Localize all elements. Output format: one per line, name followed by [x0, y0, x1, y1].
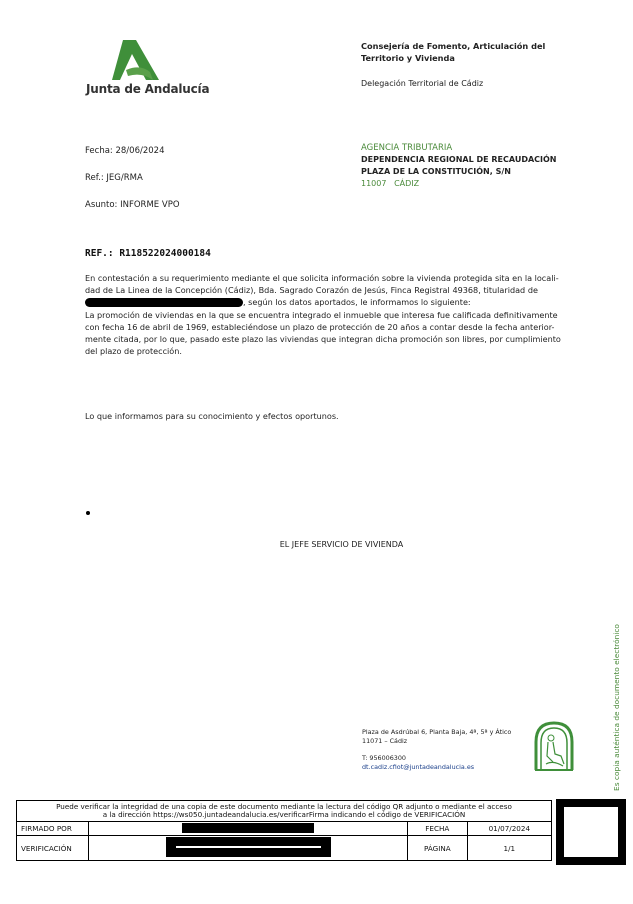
andalucia-seal-icon [533, 720, 575, 772]
recipient-line2: PLAZA DE LA CONSTITUCIÓN, S/N [361, 166, 557, 178]
department-name: Consejería de Fomento, Articulación del … [361, 40, 545, 64]
page-value: 1/1 [467, 836, 551, 861]
address-line1: Plaza de Asdrúbal 6, Planta Baja, 4ª, 5ª… [362, 728, 511, 737]
recipient-agency: AGENCIA TRIBUTARIA [361, 142, 557, 154]
date-value: 01/07/2024 [467, 822, 551, 836]
authentic-copy-note: Es copia auténtica de documento electrón… [612, 620, 626, 795]
document-subject: Asunto: INFORME VPO [85, 200, 180, 210]
document-ref: Ref.: JEG/RMA [85, 173, 143, 183]
recipient-line1: DEPENDENCIA REGIONAL DE RECAUDACIÓN [361, 154, 557, 166]
body-line: La promoción de viviendas en la que se e… [85, 309, 538, 321]
body-line: mente citada, por lo que, pasado este pl… [85, 333, 538, 345]
recipient-address: AGENCIA TRIBUTARIA DEPENDENCIA REGIONAL … [361, 142, 557, 190]
bullet-mark [86, 511, 90, 515]
recipient-city: CÁDIZ [394, 179, 419, 188]
verification-label: VERIFICACIÓN [17, 836, 89, 861]
verification-notice: Puede verificar la integridad de una cop… [17, 801, 552, 822]
email-link[interactable]: dt.cadiz.cfiot@juntadeandalucia.es [362, 763, 511, 772]
paragraph-request: En contestación a su requerimiento media… [85, 272, 538, 308]
phone-number: T: 956006300 [362, 754, 511, 763]
page-label: PÁGINA [408, 836, 468, 861]
signed-by-value [89, 822, 408, 836]
body-line: del plazo de protección. [85, 345, 538, 357]
date-label: FECHA [408, 822, 468, 836]
verification-code [89, 836, 408, 861]
redacted-verification-code [166, 837, 331, 857]
recipient-postal-code: 11007 [361, 179, 386, 188]
redacted-signer [182, 823, 314, 833]
recipient-city-line: 11007 CÁDIZ [361, 178, 557, 190]
signer-title: EL JEFE SERVICIO DE VIVIENDA [0, 540, 633, 549]
document-date: Fecha: 28/06/2024 [85, 146, 164, 156]
address-line2: 11071 – Cádiz [362, 737, 511, 746]
verification-table: Puede verificar la integridad de una cop… [16, 800, 552, 861]
reference-number: REF.: R118522024000184 [85, 248, 211, 259]
body-line: , según los datos aportados, le informam… [85, 296, 538, 308]
redacted-owner-name [85, 298, 243, 307]
body-line: dad de La Linea de la Concepción (Cádiz)… [85, 284, 538, 296]
paragraph-report: La promoción de viviendas en la que se e… [85, 309, 538, 357]
delegation-name: Delegación Territorial de Cádiz [361, 79, 483, 88]
signed-by-label: FIRMADO POR [17, 822, 89, 836]
body-line: con fecha 16 de abril de 1969, estableci… [85, 321, 538, 333]
org-name: Junta de Andalucía [86, 82, 209, 96]
body-line: En contestación a su requerimiento media… [85, 272, 538, 284]
footer-address: Plaza de Asdrúbal 6, Planta Baja, 4ª, 5ª… [362, 728, 511, 772]
qr-code-icon [556, 799, 626, 865]
closing-text: Lo que informamos para su conocimiento y… [85, 410, 538, 422]
body-line-text: , según los datos aportados, le informam… [243, 297, 471, 307]
